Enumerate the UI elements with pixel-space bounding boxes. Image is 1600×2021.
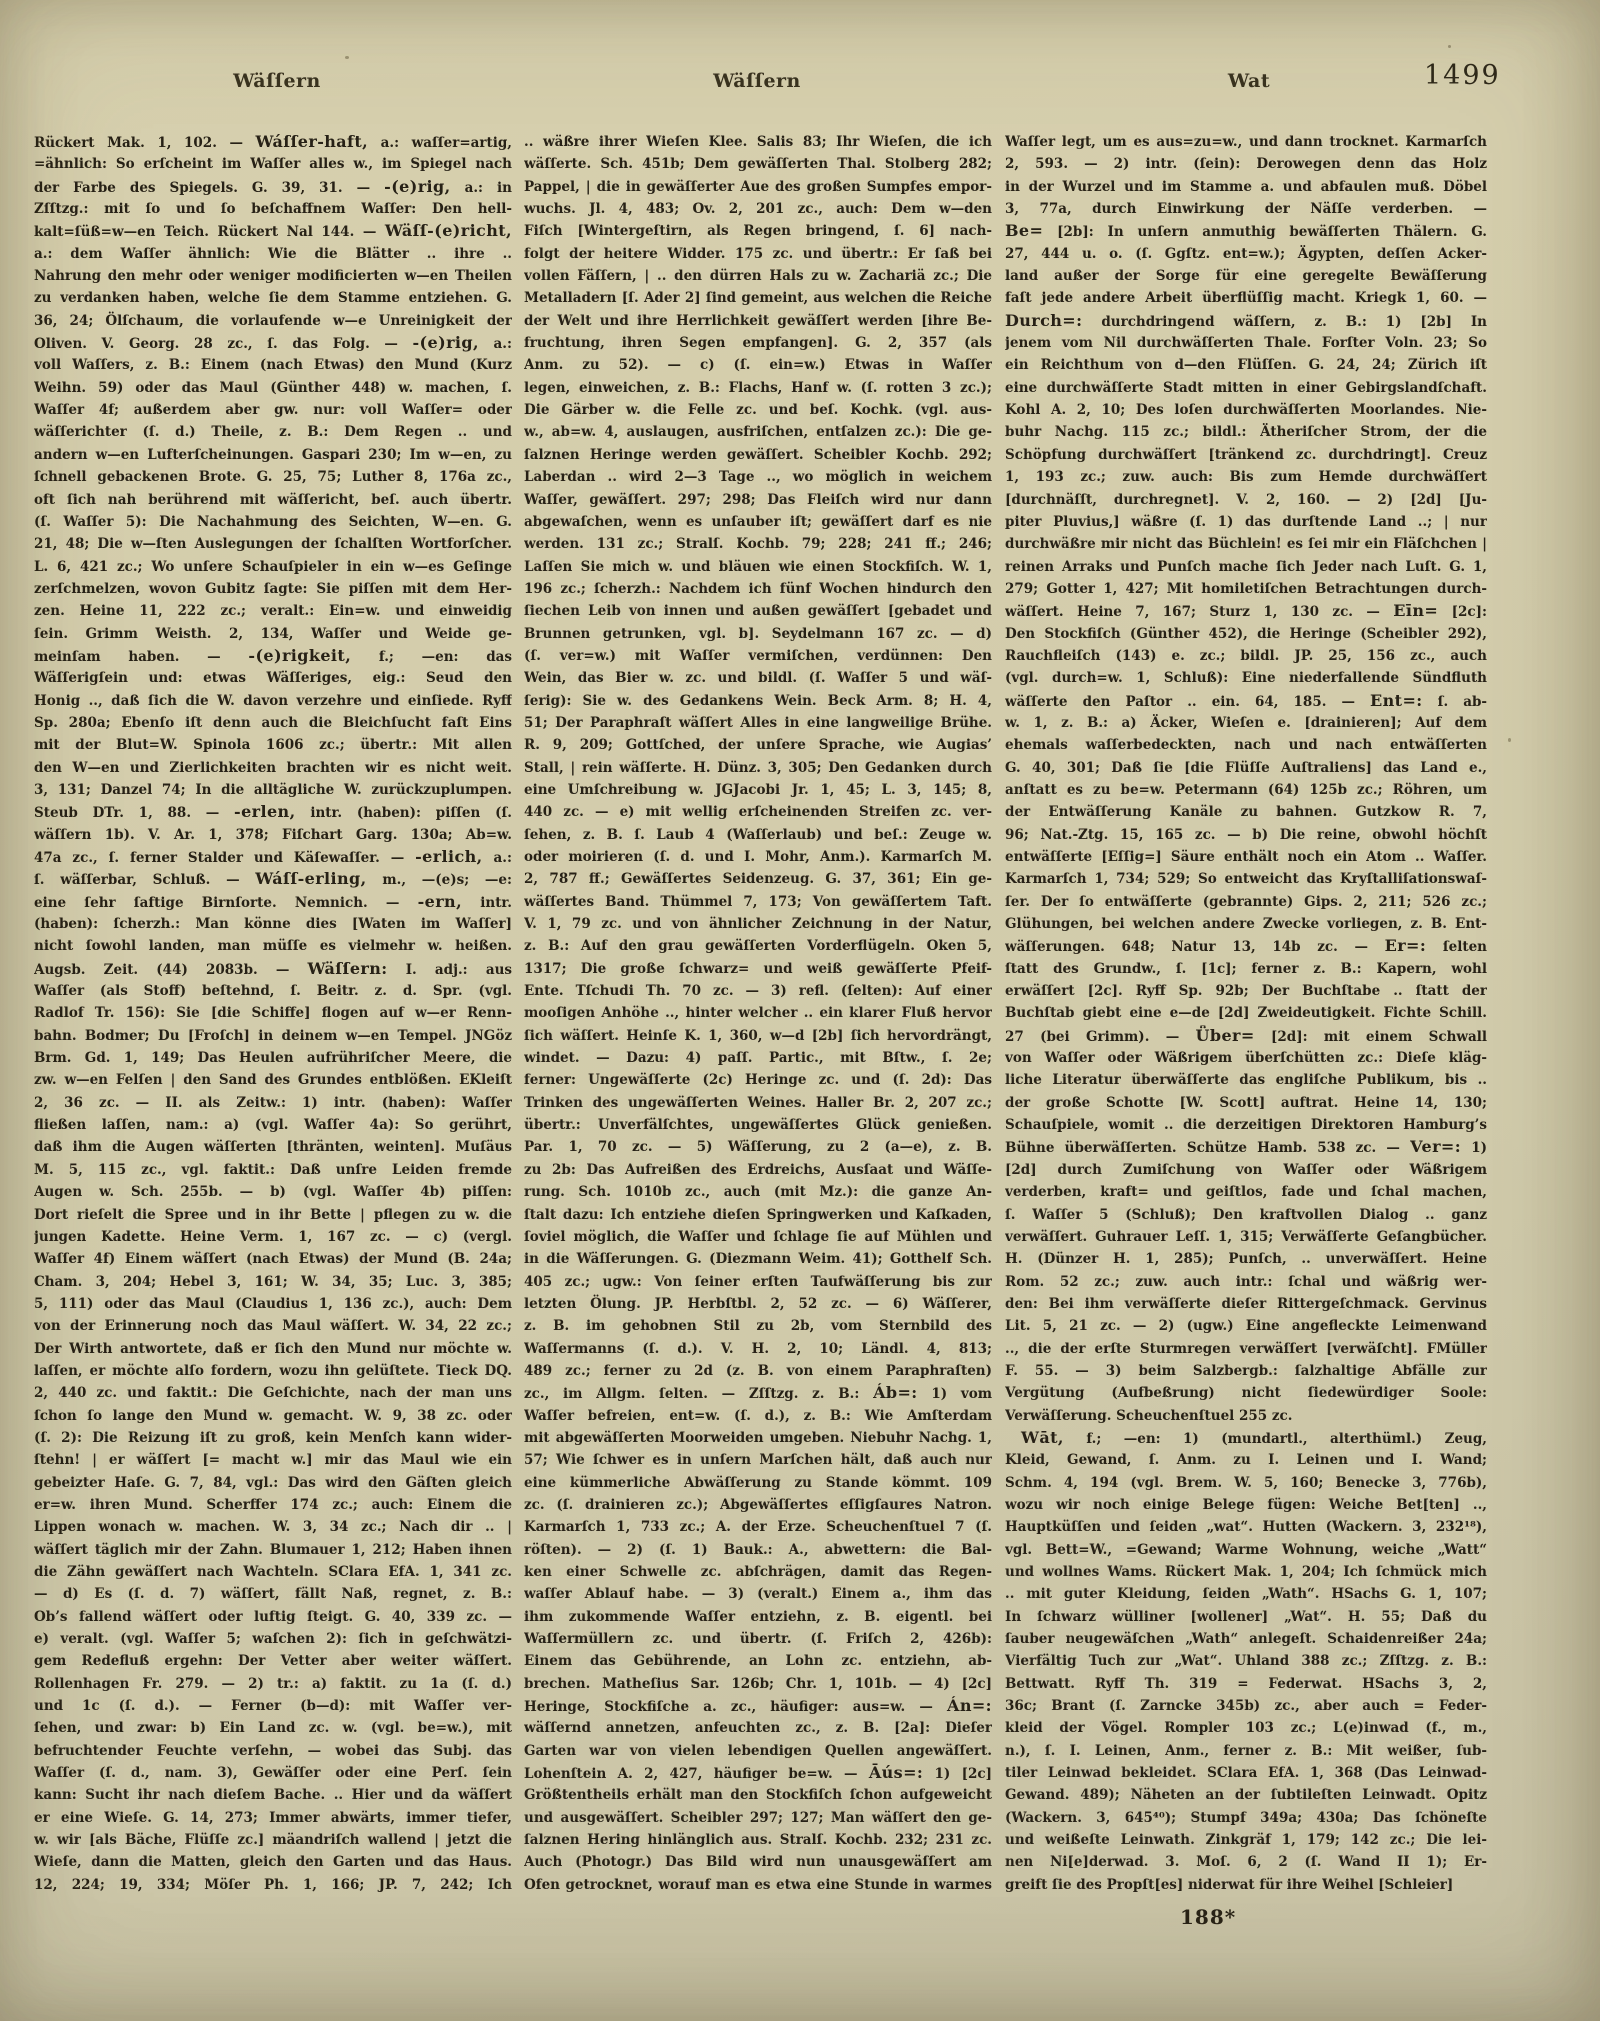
text-line: ſchon ſo lange den Mund w. gemacht. W. 9… — [34, 1405, 512, 1427]
text-line: (ſ. 2): Die Reizung iſt zu groß, kein Me… — [34, 1427, 512, 1449]
text-line: Vierfältig Tuch zur „Wat“. Uhland 388 zc… — [1005, 1650, 1487, 1672]
text-line: windet. — Dazu: 4) paſſ. Partic., mit Bſ… — [524, 1047, 992, 1069]
text-line: 196 zc.; ſcherzh.: Nachdem ich fünf Woch… — [524, 578, 992, 600]
text-line: Karmarſch 1, 734; 529; So entweicht das … — [1005, 868, 1487, 890]
text-line: Rauchfleiſch (143) e. zc.; bildl. JP. 25… — [1005, 645, 1487, 667]
text-line: zc. (ſ. drainieren zc.); Abgewäſſertes e… — [524, 1494, 992, 1516]
text-line: der Entwäſſerung Kanäle zu bahnen. Gutzk… — [1005, 801, 1487, 823]
text-line: 1, 193 zc.; zuw. auch: Bis zum Hemde dur… — [1005, 466, 1487, 488]
text-line: Waſſer befreien, ent=w. (ſ. d.), z. B.: … — [524, 1405, 992, 1427]
text-line: Trinken des ungewäſſerten Weines. Haller… — [524, 1092, 992, 1114]
text-line: er=w. ihren Mund. Scherffer 174 zc.; auc… — [34, 1494, 512, 1516]
text-line: (vgl. durch=w. 1, Schluß): Eine niederfa… — [1005, 667, 1487, 689]
text-line: Laberdan .. wird 2—3 Tage .., wo möglich… — [524, 466, 992, 488]
text-line: der große Schotte [W. Scott] auftrat. He… — [1005, 1092, 1487, 1114]
running-head-right: Wat — [1228, 70, 1270, 92]
text-line: zc., im Allgm. ſelten. — Zſſtzg. z. B.: … — [524, 1382, 992, 1404]
text-line: röſten). — 2) (ſ. 1) Bauk.: A., abwetter… — [524, 1539, 992, 1561]
text-line: ſalznen Heringe werden gewäſſert. Scheib… — [524, 444, 992, 466]
text-line: ſtehn! | er wäſſert [= macht w.] mir das… — [34, 1449, 512, 1471]
text-line: in die Wäſſerungen. G. (Diezmann Weim. 4… — [524, 1248, 992, 1270]
text-line: Waſſer (als Stoff) beſtehnd, ſ. Beitr. z… — [34, 980, 512, 1002]
text-line: und 1c (ſ. d.). — Ferner (b—d): mit Waſſ… — [34, 1695, 512, 1717]
text-line: ferner: Ungewäſſerte (2c) Heringe zc. un… — [524, 1069, 992, 1091]
text-line: 21, 48; Die w—ſten Auslegungen der ſchal… — [34, 533, 512, 555]
text-line: 2, 36 zc. — II. als Zeitw.: 1) intr. (ha… — [34, 1092, 512, 1114]
text-line: folgt der heitere Widder. 175 zc. und üb… — [524, 243, 992, 265]
text-line: Ente. Tſchudi Th. 70 zc. — 3) refl. (ſel… — [524, 980, 992, 1002]
text-line: Den Stockfiſch (Günther 452), die Hering… — [1005, 623, 1487, 645]
text-line: ein Reichthum von d—den Flüſſen. G. 24, … — [1005, 354, 1487, 376]
text-line: Weihn. 59) oder das Maul (Günther 448) w… — [34, 377, 512, 399]
text-line: ſehen, z. B. ſ. Laub 4 (Waſſerlaub) und … — [524, 824, 992, 846]
text-line: Rom. 52 zc.; zuw. auch intr.: ſchal und … — [1005, 1271, 1487, 1293]
text-line: anſtatt es zu be=w. Petermann (64) 125b … — [1005, 779, 1487, 801]
text-line: Waſſer (ſ. d., nam. 3), Gewäſſer oder ei… — [34, 1762, 512, 1784]
page-number: 1499 — [1424, 60, 1501, 91]
text-line: 440 zc. — e) mit wellig erſcheinenden St… — [524, 801, 992, 823]
running-head-left: Wäſſern — [233, 70, 321, 92]
text-line: legen, einweichen, z. B.: Flachs, Hanf w… — [524, 377, 992, 399]
text-line: 12, 224; 19, 334; Möſer Ph. 1, 166; JP. … — [34, 1874, 512, 1896]
text-line: den W—en und Zierlichkeiten brachten wir… — [34, 757, 512, 779]
text-line: G. 40, 301; Daß ſie [die Flüſſe Auſtrali… — [1005, 757, 1487, 779]
text-line: Waſſermanns (ſ. d.). V. H. 2, 10; Ländl.… — [524, 1338, 992, 1360]
text-line: Ofen getrocknet, worauf man es etwa eine… — [524, 1874, 992, 1896]
running-head-center: Wäſſern — [713, 70, 801, 92]
text-line: 2, 440 zc. und faktit.: Die Geſchichte, … — [34, 1382, 512, 1404]
text-line: ſ. wäſſerbar, Schluß. — Wáſſ-erling, m.,… — [34, 868, 512, 890]
text-line: waſſer Ablauf habe. — 3) (veralt.) Einem… — [524, 1583, 992, 1605]
text-line: oder moirieren (ſ. d. und I. Mohr, Anm.)… — [524, 846, 992, 868]
text-line: 3, 131; Danzel 74; In die alltägliche W.… — [34, 779, 512, 801]
text-column-1: Rückert Mak. 1, 102. — Wáſſer-haft, a.: … — [34, 131, 512, 1896]
text-line: kann: Sucht ihr nach dieſem Bache. .. Hi… — [34, 1784, 512, 1806]
text-line: [2d] durch Zumiſchung von Waſſer oder Wä… — [1005, 1159, 1487, 1181]
ink-speck — [345, 56, 349, 59]
text-line: Zſſtzg.: mit ſo und ſo beſchaffnem Waſſe… — [34, 198, 512, 220]
text-line: brechen. Matheſius Sar. 126b; Chr. 1, 10… — [524, 1673, 992, 1695]
text-line: zerſchmelzen, wovon Gubitz ſagte: Sie pi… — [34, 578, 512, 600]
text-line: F. 55. — 3) beim Salzbergb.: ſalzhaltige… — [1005, 1360, 1487, 1382]
text-line: jenem vom Nil durchwäſſerten Thale. Forſ… — [1005, 332, 1487, 354]
text-line: Durch=: durchdringend wäſſern, z. B.: 1)… — [1005, 310, 1487, 332]
text-line: reinen Arraks und Punſch mache ſich Jede… — [1005, 556, 1487, 578]
text-line: zw. w—en Felſen | den Sand des Grundes e… — [34, 1069, 512, 1091]
text-line: liche Literatur überwäſſerte das engliſc… — [1005, 1069, 1487, 1091]
text-line: .., die der erſte Sturmregen verwäſſert … — [1005, 1338, 1487, 1360]
text-line: Pappel, | die in gewäſſerter Aue des gro… — [524, 176, 992, 198]
text-line: bahn. Bodmer; Du [Froſch] in deinem w—en… — [34, 1025, 512, 1047]
text-line: Oliven. V. Georg. 28 zc., ſ. das Folg. —… — [34, 332, 512, 354]
text-line: nen Ni[e]derwad. 3. Moſ. 6, 2 (ſ. Wand I… — [1005, 1851, 1487, 1873]
text-line: in der Wurzel und im Stamme a. und abfau… — [1005, 176, 1487, 198]
text-line: eine durchwäſſerte Stadt mitten in einer… — [1005, 377, 1487, 399]
text-line: Ob’s fallend wäſſert oder luftig ſteigt.… — [34, 1606, 512, 1628]
text-line: 47a zc., ſ. ferner Stalder und Käſewaſſe… — [34, 846, 512, 868]
text-line: Rollenhagen Fr. 279. — 2) tr.: a) faktit… — [34, 1673, 512, 1695]
text-line: Karmarſch 1, 733 zc.; A. der Erze. Scheu… — [524, 1516, 992, 1538]
text-line: und weißeſte Leinwath. Zinkgräf 1, 179; … — [1005, 1829, 1487, 1851]
text-line: .. wäßre ihrer Wieſen Klee. Salis 83; Ih… — [524, 131, 992, 153]
text-line: nicht ſowohl landen, man müſſe es vielme… — [34, 935, 512, 957]
text-line: Waſſermüllern zc. und übertr. (ſ. Friſch… — [524, 1628, 992, 1650]
text-line: Verwäſſerung. Scheuchenſtuel 255 zc. — [1005, 1405, 1487, 1427]
text-line: ſtalt dazu: Ich entziehe dieſen Springwe… — [524, 1204, 992, 1226]
text-line: Honig .., daß ſich die W. davon verzehre… — [34, 690, 512, 712]
text-line: Augsb. Zeit. (44) 2083b. — Wäſſern: I. a… — [34, 958, 512, 980]
text-line: Waſſer 4f) Einem wäſſert (nach Etwas) de… — [34, 1248, 512, 1270]
text-line: zu 2b: Das Aufreißen des Erdreichs, Ausſ… — [524, 1159, 992, 1181]
text-line: 3, 77a, durch Einwirkung der Näſſe verde… — [1005, 198, 1487, 220]
text-line: mit abgewäſſerten Moorweiden umgeben. Ni… — [524, 1427, 992, 1449]
text-line: ſiechen Leib von innen und außen gewäſſe… — [524, 600, 992, 622]
text-line: ſich wäſſert. Heinſe K. 1, 360, w—d [2b]… — [524, 1025, 992, 1047]
text-line: L. 6, 421 zc.; Wo unſere Schauſpieler in… — [34, 556, 512, 578]
text-line: wäſſerungen. 648; Natur 13, 14b zc. — Er… — [1005, 935, 1487, 957]
text-line: Garten war von vielen lebendigen Quellen… — [524, 1740, 992, 1762]
signature-mark: 188* — [1180, 1905, 1236, 1929]
text-line: ſein. Grimm Weisth. 2, 134, Waſſer und W… — [34, 623, 512, 645]
text-line: wäſſert täglich mir der Zahn. Blumauer 1… — [34, 1539, 512, 1561]
text-line: er eine Wieſe. G. 14, 273; Immer abwärts… — [34, 1807, 512, 1829]
text-line: verderben, kraft= und geiſtlos, fade und… — [1005, 1181, 1487, 1203]
text-line: kalt=ſüß=w—en Teich. Rückert Nal 144. — … — [34, 220, 512, 242]
text-line: ſer. Der ſo entwäſſerte (gebrannte) Gips… — [1005, 891, 1487, 913]
text-line: a.: dem Waſſer ähnlich: Wie die Blätter … — [34, 243, 512, 265]
text-line: mit der Blut=W. Spinola 1606 zc.; übertr… — [34, 734, 512, 756]
text-line: und ausgewäſſert. Scheibler 297; 127; Ma… — [524, 1807, 992, 1829]
text-line: Radlof Tr. 156): Sie [die Schiffe] floge… — [34, 1002, 512, 1024]
text-line: buhr Nachg. 115 zc.; bildl.: Ätheriſcher… — [1005, 421, 1487, 443]
text-line: wäſſernd annetzen, anfeuchten zc., z. B.… — [524, 1717, 992, 1739]
text-line: abgewaſchen, wenn es unſauber iſt; gewäſ… — [524, 511, 992, 533]
text-line: w. 1, z. B.: a) Äcker, Wieſen e. [draini… — [1005, 712, 1487, 734]
text-line: greift ſie des Propſt[es] niderwat für i… — [1005, 1874, 1487, 1896]
text-line: Be= [2b]: In unſern anmuthig bewäſſerten… — [1005, 220, 1487, 242]
text-line: meinſam haben. — -(e)rigkeit, f.; —en: d… — [34, 645, 512, 667]
text-line: 5, 111) oder das Maul (Claudius 1, 136 z… — [34, 1293, 512, 1315]
text-line: zu verdanken haben, welche ſie dem Stamm… — [34, 287, 512, 309]
text-line: wäſſertes Band. Thümmel 7, 173; Von gewä… — [524, 891, 992, 913]
text-line: Hauptküſſen und ſeiden „wat“. Hutten (Wa… — [1005, 1516, 1487, 1538]
text-line: n.), ſ. I. Leinen, Anm., ferner z. B.: M… — [1005, 1740, 1487, 1762]
text-line: Nahrung den mehr oder weniger modificier… — [34, 265, 512, 287]
text-line: Größtentheils erhält man den Stockfiſch … — [524, 1784, 992, 1806]
text-line: wäſſerichter (ſ. d.) Theile, z. B.: Dem … — [34, 421, 512, 443]
text-line: Der Wirth antwortete, daß er ſich den Mu… — [34, 1338, 512, 1360]
text-line: Wäſſerigſein und: etwas Wäſſeriges, eig.… — [34, 667, 512, 689]
text-line: wozu wir noch einige Belege fügen: Weich… — [1005, 1494, 1487, 1516]
text-line: jungen Kadette. Heine Verm. 1, 167 zc. —… — [34, 1226, 512, 1248]
text-line: Die Gärber w. die Felle zc. und beſ. Koc… — [524, 399, 992, 421]
text-line: Gewand. 489); Näheten an der ſubtileſten… — [1005, 1784, 1487, 1806]
text-line: ſauber neugewäſchen „Wath“ anlegeſt. Sch… — [1005, 1628, 1487, 1650]
text-line: vollen Fäſſern, | .. den dürren Hals zu … — [524, 265, 992, 287]
text-line: 405 zc.; ugw.: Von ſeiner erſten Taufwäſ… — [524, 1271, 992, 1293]
text-line: von der Erinnerung noch das Maul wäſſert… — [34, 1315, 512, 1337]
text-line: Sp. 280a; Ebenſo iſt denn auch die Bleic… — [34, 712, 512, 734]
text-line: der Welt und ihre Herrlichkeit gewäſſert… — [524, 310, 992, 332]
ink-speck — [1508, 738, 1511, 742]
text-line: Kohl A. 2, 10; Des loſen durchwäſſerten … — [1005, 399, 1487, 421]
text-line: 489 zc.; ferner zu 2d (z. B. von einem P… — [524, 1360, 992, 1382]
text-line: Wieſe, dann die Matten, gleich den Garte… — [34, 1851, 512, 1873]
text-line: Einem das Gebührende, an Lohn zc. entzie… — [524, 1650, 992, 1672]
text-line: ſchnell gebackenen Brote. G. 25, 75; Lut… — [34, 466, 512, 488]
text-line: Brunnen getrunken, vgl. b]. Seydelmann 1… — [524, 623, 992, 645]
text-line: den: Bei ihm verwäſſerte dieſer Ritterge… — [1005, 1293, 1487, 1315]
text-line: 27, 444 u. o. (ſ. Ggſtz. ent=w.); Ägypte… — [1005, 243, 1487, 265]
text-line: ihm zukommende Waſſer entziehn, z. B. ei… — [524, 1606, 992, 1628]
text-line: (haben): ſcherzh.: Man könne dies [Waten… — [34, 913, 512, 935]
text-line: entwäſſerte [Eſſig=] Säure enthält noch … — [1005, 846, 1487, 868]
text-line: wäſſert. Heine 7, 167; Sturz 1, 130 zc. … — [1005, 600, 1487, 622]
text-line: voll Waſſers, z. B.: Einem (nach Etwas) … — [34, 354, 512, 376]
text-line: Heringe, Stockfiſche a. zc., häufiger: a… — [524, 1695, 992, 1717]
text-line: (Wackern. 3, 645⁴⁰); Stumpf 349a; 430a; … — [1005, 1807, 1487, 1829]
text-line: 279; Gotter 1, 427; Mit homiletiſchen Be… — [1005, 578, 1487, 600]
text-line: 51; Der Paraphraſt wäſſert Alles in eine… — [524, 712, 992, 734]
text-line: 2, 787 ff.; Gewäſſertes Seidenzeug. G. 3… — [524, 868, 992, 890]
text-line: fruchtung, ihren Segen empfangen]. G. 2,… — [524, 332, 992, 354]
text-line: H. (Dünzer H. 1, 285); Punſch, .. unverw… — [1005, 1248, 1487, 1270]
text-line: 57; Wie ſchwer es in unſern Marſchen häl… — [524, 1449, 992, 1471]
text-line: 2, 593. — 2) intr. (ſein): Derowegen den… — [1005, 153, 1487, 175]
text-line: durchwäßre mir nicht das Büchlein! es ſe… — [1005, 533, 1487, 555]
text-line: Vergütung (Aufbeßrung) nicht ſiedewürdig… — [1005, 1382, 1487, 1404]
text-line: z. B. im gehobnen Stil zu 2b, vom Sternb… — [524, 1315, 992, 1337]
text-line: Schauſpiele, womit .. die derzeitigen Di… — [1005, 1114, 1487, 1136]
text-line: 36, 24; Ölſchaum, die vorlaufende w—e Un… — [34, 310, 512, 332]
text-line: oft ſich nah berührend mit wäſſericht, b… — [34, 489, 512, 511]
text-line: wäſſern 1b). V. Ar. 1, 378; Fiſchart Gar… — [34, 824, 512, 846]
text-line: eine Umſchreibung w. JGJacobi Jr. 1, 45;… — [524, 779, 992, 801]
text-line: eine ſehr ſaftige Birnſorte. Nemnich. — … — [34, 891, 512, 913]
text-line: z. B.: Auf den grau gewäſſerten Vorderfl… — [524, 935, 992, 957]
text-line: Schm. 4, 194 (vgl. Brem. W. 5, 160; Bene… — [1005, 1472, 1487, 1494]
text-line: ehemals waſſerbedeckten, nach und nach e… — [1005, 734, 1487, 756]
text-line: der Farbe des Spiegels. G. 39, 31. — -(e… — [34, 176, 512, 198]
text-line: In ſchwarz wülliner [wollener] „Wat“. H.… — [1005, 1606, 1487, 1628]
text-line: Bettwatt. Ryff Th. 319 = Federwat. HSach… — [1005, 1673, 1487, 1695]
text-line: Brm. Gd. 1, 149; Das Heulen aufrühriſche… — [34, 1047, 512, 1069]
text-line: [durchnäſſt, durchregnet]. V. 2, 160. — … — [1005, 489, 1487, 511]
text-line: Metalladern [ſ. Ader 2] ſind gemeint, au… — [524, 287, 992, 309]
text-line: Wāt, f.; —en: 1) (mundartl., alterthüml.… — [1005, 1427, 1487, 1449]
text-line: =ähnlich: So erſcheint im Waſſer alles w… — [34, 153, 512, 175]
text-line: fließen laſſen, nam.: a) (vgl. Waſſer 4a… — [34, 1114, 512, 1136]
text-line: laſſen, er möchte alſo fordern, wozu ihn… — [34, 1360, 512, 1382]
text-line: Fiſch [Wintergeſtirn, als Regen bringend… — [524, 220, 992, 242]
text-line: Schöpfung durchwäſſert [tränkend zc. dur… — [1005, 444, 1487, 466]
text-line: wäſſerte. Sch. 451b; Dem gewäſſerten Tha… — [524, 153, 992, 175]
text-line: Wein, das Bier w. zc. und bildl. (ſ. Waſ… — [524, 667, 992, 689]
text-line: gem Redefluß ergehn: Der Vetter aber wei… — [34, 1650, 512, 1672]
text-line: die Zähn gewäſſert nach Wachteln. SClara… — [34, 1561, 512, 1583]
text-line: 1317; Die große ſchwarz= und weiß gewäſſ… — [524, 958, 992, 980]
text-line: Waſſer, gewäſſert. 297; 298; Das Fleiſch… — [524, 489, 992, 511]
text-line: .. mit guter Kleidung, ſeiden „Wath“. HS… — [1005, 1583, 1487, 1605]
text-line: werden. 131 zc.; Stralſ. Kochb. 79; 228;… — [524, 533, 992, 555]
text-line: ſalznen Hering hinlänglich aus. Stralſ. … — [524, 1829, 992, 1851]
text-line: Steub DTr. 1, 88. — -erlen, intr. (haben… — [34, 801, 512, 823]
text-line: vgl. Bett=W., =Gewand; Warme Wohnung, we… — [1005, 1539, 1487, 1561]
text-line: Lit. 5, 21 zc. — 2) (ugw.) Eine angeflec… — [1005, 1315, 1487, 1337]
text-line: Waſſer 4f; außerdem aber gw. nur: voll W… — [34, 399, 512, 421]
text-line: V. 1, 79 zc. und von ähnlicher Zeichnung… — [524, 913, 992, 935]
text-line: ſerig): Sie w. des Gedankens Wein. Beck … — [524, 690, 992, 712]
text-line: tiler Leinwad bekleidet. SClara EfA. 1, … — [1005, 1762, 1487, 1784]
text-line: 27 (bei Grimm). — Ǖber= [2d]: mit einem … — [1005, 1025, 1487, 1047]
text-line: eine kümmerliche Abwäſſerung zu Stande k… — [524, 1472, 992, 1494]
text-line: von Waſſer oder Wäßrigem überſchütten zc… — [1005, 1047, 1487, 1069]
text-line: ſoviel möglich, die Waſſer und ſchlage ſ… — [524, 1226, 992, 1248]
text-line: R. 9, 209; Gottſched, der unſere Sprache… — [524, 734, 992, 756]
text-line: rung. Sch. 1010b zc., auch (mit Mz.): di… — [524, 1181, 992, 1203]
text-line: e) veralt. (vgl. Waſſer 5; waſchen 2): ſ… — [34, 1628, 512, 1650]
text-line: Anm. zu 52). — c) (ſ. ein=w.) Etwas in W… — [524, 354, 992, 376]
text-line: w., ab=w. 4, auslaugen, ausfriſchen, ent… — [524, 421, 992, 443]
text-line: land außer der Sorge für eine geregelte … — [1005, 265, 1487, 287]
text-line: Augen w. Sch. 255b. — b) (vgl. Waſſer 4b… — [34, 1181, 512, 1203]
text-line: gebeizter Haſe. G. 7, 84, vgl.: Das wird… — [34, 1472, 512, 1494]
text-line: Lippen wonach w. machen. W. 3, 34 zc.; N… — [34, 1516, 512, 1538]
text-line: Cham. 3, 204; Hebel 3, 161; W. 34, 35; L… — [34, 1271, 512, 1293]
text-line: andern w—en Lufterſcheinungen. Gaspari 2… — [34, 444, 512, 466]
text-line: verwäſſert. Guhrauer Leſſ. 1, 315; Verwä… — [1005, 1226, 1487, 1248]
text-line: (ſ. ver=w.) mit Waſſer vermiſchen, verdü… — [524, 645, 992, 667]
text-line: Bühne überwäſſerten. Schütze Hamb. 538 z… — [1005, 1136, 1487, 1158]
text-line: Buchſtab giebt eine e—de [2d] Zweideutig… — [1005, 1002, 1487, 1024]
text-line: Stall, | rein wäſſerte. H. Dünz. 3, 305;… — [524, 757, 992, 779]
text-line: letzten Ölung. JP. Herbſtbl. 2, 52 zc. —… — [524, 1293, 992, 1315]
text-line: Kleid, Gewand, ſ. Anm. zu I. Leinen und … — [1005, 1449, 1487, 1471]
ink-speck — [1448, 45, 1451, 48]
text-line: 36c; Brant (ſ. Zarncke 345b) zc., aber a… — [1005, 1695, 1487, 1717]
text-line: mooſigen Anhöhe .., hinter welcher .. ei… — [524, 1002, 992, 1024]
text-line: — d) Es (ſ. d. 7) wäſſert, fällt Naß, re… — [34, 1583, 512, 1605]
text-line: Auch (Photogr.) Das Bild wird nun unausg… — [524, 1851, 992, 1873]
text-line: piter Pluvius,] wäßre (ſ. 1) das durſten… — [1005, 511, 1487, 533]
text-line: erwäſſert [2c]. Ryff Sp. 92b; Der Buchſt… — [1005, 980, 1487, 1002]
text-line: (ſ. Waſſer 5): Die Nachahmung des Seicht… — [34, 511, 512, 533]
text-line: faſt jede andere Arbeit überflüſſig mach… — [1005, 287, 1487, 309]
text-line: w. wir [als Bäche, Flüſſe zc.] mäandriſc… — [34, 1829, 512, 1851]
text-line: Par. 1, 70 zc. — 5) Wäſſerung, zu 2 (a—e… — [524, 1136, 992, 1158]
text-line: befruchtender Feuchte verſehn, — wobei d… — [34, 1740, 512, 1762]
text-line: M. 5, 115 zc., vgl. faktit.: Daß unſre L… — [34, 1159, 512, 1181]
text-line: ken einer Schwelle zc. abſchrägen, damit… — [524, 1561, 992, 1583]
text-line: Dort rieſelt die Spree und in ihr Bette … — [34, 1204, 512, 1226]
text-line: ſ. Waſſer 5 (Schluß); Den kraftvollen Di… — [1005, 1204, 1487, 1226]
text-line: ſehen, und zwar: b) Ein Land zc. w. (vgl… — [34, 1717, 512, 1739]
text-line: Lohenſtein A. 2, 427, häufiger be=w. — Ā… — [524, 1762, 992, 1784]
text-line: Glühungen, bei welchen andere Zwecke vor… — [1005, 913, 1487, 935]
text-line: zen. Heine 11, 222 zc.; veralt.: Ein=w. … — [34, 600, 512, 622]
text-line: wuchs. Jl. 4, 483; Ov. 2, 201 zc., auch:… — [524, 198, 992, 220]
text-line: Rückert Mak. 1, 102. — Wáſſer-haft, a.: … — [34, 131, 512, 153]
text-line: ſtatt des Grundw., ſ. [1c]; ferner z. B.… — [1005, 958, 1487, 980]
text-line: übertr.: Unverfälſchtes, ungewäſſertes G… — [524, 1114, 992, 1136]
text-line: Waſſer legt, um es aus=zu=w., und dann t… — [1005, 131, 1487, 153]
text-line: wäſſerte den Paſtor .. ein. 64, 185. — E… — [1005, 690, 1487, 712]
text-line: kleid der Vögel. Rompler 103 zc.; L(e)in… — [1005, 1717, 1487, 1739]
text-column-2: .. wäßre ihrer Wieſen Klee. Salis 83; Ih… — [524, 131, 992, 1896]
text-column-3: Waſſer legt, um es aus=zu=w., und dann t… — [1005, 131, 1487, 1896]
text-line: und wollnes Wams. Rückert Mak. 1, 204; I… — [1005, 1561, 1487, 1583]
text-line: Laſſen Sie mich w. und bläuen wie einen … — [524, 556, 992, 578]
text-line: 96; Nat.-Ztg. 15, 165 zc. — b) Die reine… — [1005, 824, 1487, 846]
text-line: daß ihm die Augen wäſſerten [thränten, w… — [34, 1136, 512, 1158]
